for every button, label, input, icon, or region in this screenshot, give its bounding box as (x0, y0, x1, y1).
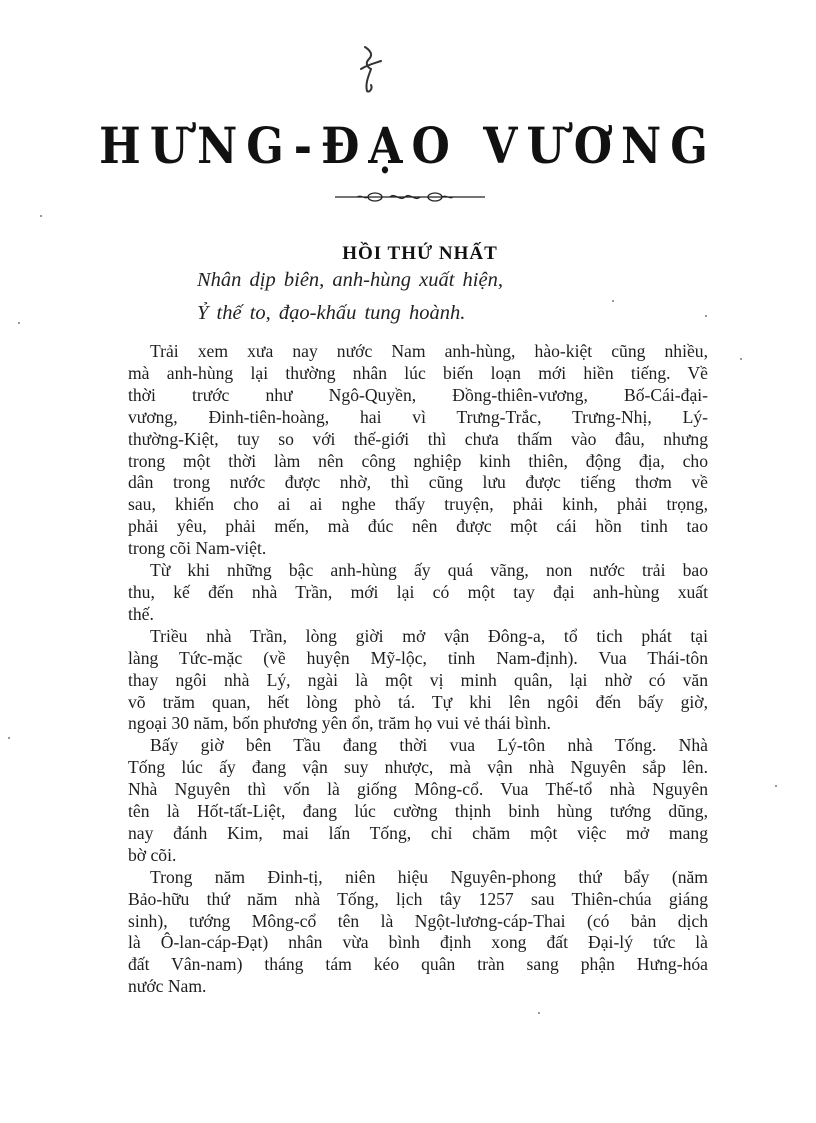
text-line: vương, Đinh-tiên-hoàng, hai vì Trưng-Trắ… (128, 407, 708, 429)
text-line: Bấy giờ bên Tầu đang thời vua Lý-tôn nhà… (128, 735, 708, 757)
text-line: trong cõi Nam-việt. (128, 538, 708, 560)
body-text: Trải xem xưa nay nước Nam anh-hùng, hào-… (128, 341, 708, 998)
text-line: làng Tức-mặc (về huyện Mỹ-lộc, tỉnh Nam-… (128, 648, 708, 670)
scan-speck (538, 1012, 540, 1014)
text-line: thay ngôi nhà Lý, ngài là một vị minh qu… (128, 670, 708, 692)
scan-speck (705, 315, 707, 317)
text-line: ngoại 30 năm, bốn phương yên ổn, trăm họ… (128, 713, 708, 735)
text-line: là Ô-lan-cáp-Đạt) nhân vừa bình định xon… (128, 932, 708, 954)
text-line: Tống lúc ấy đang vận suy nhược, mà vận n… (128, 757, 708, 779)
text-line: thường-Kiệt, tuy so với thế-giới thì chư… (128, 429, 708, 451)
text-line: võ trăm quan, hết lòng phò tá. Tự khi lê… (128, 692, 708, 714)
text-line: nay đánh Kim, mai lấn Tống, chỉ chăm một… (128, 823, 708, 845)
scan-speck (18, 322, 20, 324)
text-line: mà anh-hùng lại thường nhân lúc biến loạ… (128, 363, 708, 385)
scan-speck (740, 358, 742, 360)
text-line: bờ cõi. (128, 845, 708, 867)
scan-speck (775, 785, 777, 787)
chapter-heading: HỒI THỨ NHẤT (0, 243, 816, 265)
text-line: trong một thời làm nên công nghiệp kinh … (128, 451, 708, 473)
text-line: Nhà Nguyên thì vốn là giống Mông-cổ. Vua… (128, 779, 708, 801)
text-line: phải yêu, phải mến, mà đúc nên được một … (128, 516, 708, 538)
text-line: đất Vân-nam) tháng tám kéo quân tràn san… (128, 954, 708, 976)
paragraph: Triều nhà Trần, lòng giời mở vận Đông-a,… (128, 626, 708, 736)
text-line: dân trong nước được nhờ, thì cũng lưu đư… (128, 472, 708, 494)
text-line: thế. (128, 604, 708, 626)
text-line: Trải xem xưa nay nước Nam anh-hùng, hào-… (128, 341, 708, 363)
text-line: thu, kế đến nhà Trần, mới lại có một tay… (128, 582, 708, 604)
ornament-divider-icon (335, 190, 485, 204)
text-line: Triều nhà Trần, lòng giời mở vận Đông-a,… (128, 626, 708, 648)
text-line: Từ khi những bậc anh-hùng ấy quá vãng, n… (128, 560, 708, 582)
text-line: nước Nam. (128, 976, 708, 998)
scan-speck (40, 215, 42, 217)
text-line: sau, khiến cho ai ai nghe thấy truyện, p… (128, 494, 708, 516)
paragraph: Trong năm Đinh-tị, niên hiệu Nguyên-phon… (128, 867, 708, 998)
chapter-subtitle-line: Ỷ thế to, đạo-khấu tung hoành. (197, 302, 465, 325)
scan-speck (612, 300, 614, 302)
text-line: Bảo-hữu thứ năm nhà Tống, lịch tây 1257 … (128, 889, 708, 911)
chapter-subtitle-line: Nhân dịp biên, anh-hùng xuất hiện, (197, 269, 503, 292)
text-line: Trong năm Đinh-tị, niên hiệu Nguyên-phon… (128, 867, 708, 889)
text-line: sinh), tướng Mông-cổ tên là Ngột-lương-c… (128, 911, 708, 933)
scanned-page: HƯNG-ĐẠO VƯƠNG HỒI THỨ NHẤT Nhân dịp biê… (0, 0, 816, 1123)
handwritten-mark-icon (355, 45, 385, 95)
paragraph: Trải xem xưa nay nước Nam anh-hùng, hào-… (128, 341, 708, 560)
page-title: HƯNG-ĐẠO VƯƠNG (0, 118, 816, 175)
text-line: tên là Hốt-tất-Liệt, đang lúc cường thịn… (128, 801, 708, 823)
paragraph: Từ khi những bậc anh-hùng ấy quá vãng, n… (128, 560, 708, 626)
scan-speck (8, 737, 10, 739)
paragraph: Bấy giờ bên Tầu đang thời vua Lý-tôn nhà… (128, 735, 708, 866)
text-line: thời trước như Ngô-Quyền, Đồng-thiên-vươ… (128, 385, 708, 407)
